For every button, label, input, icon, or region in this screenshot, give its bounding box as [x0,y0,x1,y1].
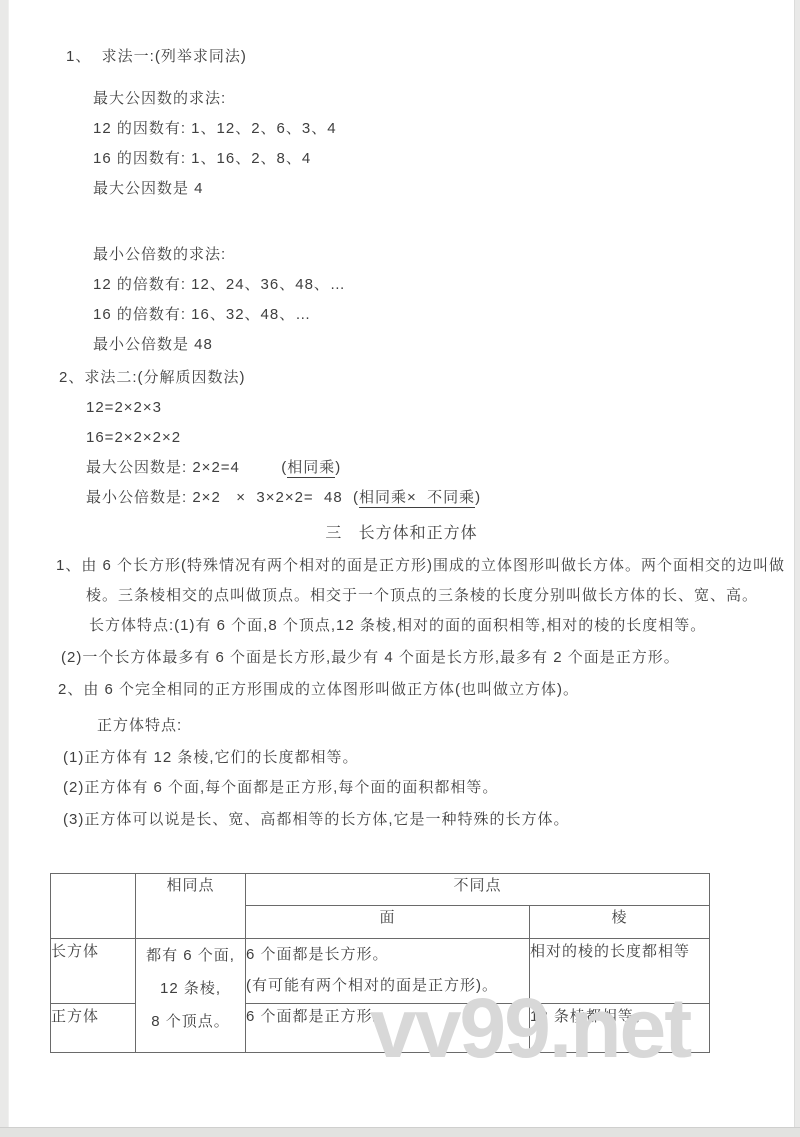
cube-definition: 2、由 6 个完全相同的正方形围成的立体图形叫做正方体(也叫做立方体)。 [58,675,794,705]
cuboid-def-line1: 1、由 6 个长方形(特殊情况有两个相对的面是正方形)围成的立体图形叫做长方体。… [56,551,794,581]
lcm-formula-underlined: 相同乘× 不同乘 [359,489,475,508]
cuboid-features-1: 长方体特点:(1)有 6 个面,8 个顶点,12 条棱,相对的面的面积相等,相对… [89,611,794,641]
table-header-face: 面 [246,906,530,939]
same-points-line: 都有 6 个面, [136,939,245,972]
method1-title: 1、 求法一:(列举求同法) [66,42,794,72]
lcm-result: 最小公倍数是 48 [93,330,794,360]
bracket-close: ) [475,489,481,506]
gcf-intro: 最大公因数的求法: [93,84,794,114]
cuboid-face-line: 6 个面都是长方形。 [246,939,529,970]
bracket-close: ) [335,459,341,476]
cuboid-features-2: (2)一个长方体最多有 6 个面是长方形,最少有 4 个面是长方形,最多有 2 … [61,643,794,673]
cube-point-2: (2)正方体有 6 个面,每个面都是正方形,每个面的面积都相等。 [63,773,794,803]
gcf-formula-text: 最大公因数是: 2×2=4 [86,459,281,476]
lcm-formula-text: 最小公倍数是: 2×2 × 3×2×2= 48 [86,489,353,506]
table-corner-cell [51,874,136,939]
gcf-factors-12: 12 的因数有: 1、12、2、6、3、4 [93,114,794,144]
same-points-line: 12 条棱, [136,972,245,1005]
gcf-formula-underlined: 相同乘 [287,459,335,478]
gcf-factors-16: 16 的因数有: 1、16、2、8、4 [93,144,794,174]
lcm-multiples-12: 12 的倍数有: 12、24、36、48、… [93,270,794,300]
cube-features-intro: 正方体特点: [97,711,794,741]
lcm-formula-line: 最小公倍数是: 2×2 × 3×2×2= 48 (相同乘× 不同乘) [86,483,794,513]
cuboid-def-line2: 棱。三条棱相交的点叫做顶点。相交于一个顶点的三条棱的长度分别叫做长方体的长、宽、… [86,581,794,611]
cube-point-1: (1)正方体有 12 条棱,它们的长度都相等。 [63,743,794,773]
site-watermark: vv99.net [370,980,690,1077]
row-label-cube: 正方体 [51,1004,136,1053]
spacer [9,204,794,240]
table-header-different: 不同点 [246,874,710,906]
lcm-intro: 最小公倍数的求法: [93,240,794,270]
gcf-result: 最大公因数是 4 [93,174,794,204]
gcf-formula-line: 最大公因数是: 2×2=4 (相同乘) [86,453,794,483]
factorization-12: 12=2×2×3 [86,393,794,423]
row-label-cuboid: 长方体 [51,939,136,1004]
spacer [9,72,794,84]
factorization-16: 16=2×2×2×2 [86,423,794,453]
lcm-multiples-16: 16 的倍数有: 16、32、48、… [93,300,794,330]
table-header-same: 相同点 [136,874,246,939]
document-page: 1、 求法一:(列举求同法) 最大公因数的求法: 12 的因数有: 1、12、2… [8,0,795,1127]
table-header-edge: 棱 [530,906,710,939]
page-bottom-edge [0,1127,800,1137]
same-points-line: 8 个顶点。 [136,1005,245,1038]
cube-point-3: (3)正方体可以说是长、宽、高都相等的长方体,它是一种特殊的长方体。 [63,805,794,835]
method2-title: 2、求法二:(分解质因数法) [59,363,794,393]
same-points-cell: 都有 6 个面, 12 条棱, 8 个顶点。 [136,939,246,1053]
section-heading: 三 长方体和正方体 [9,519,794,549]
